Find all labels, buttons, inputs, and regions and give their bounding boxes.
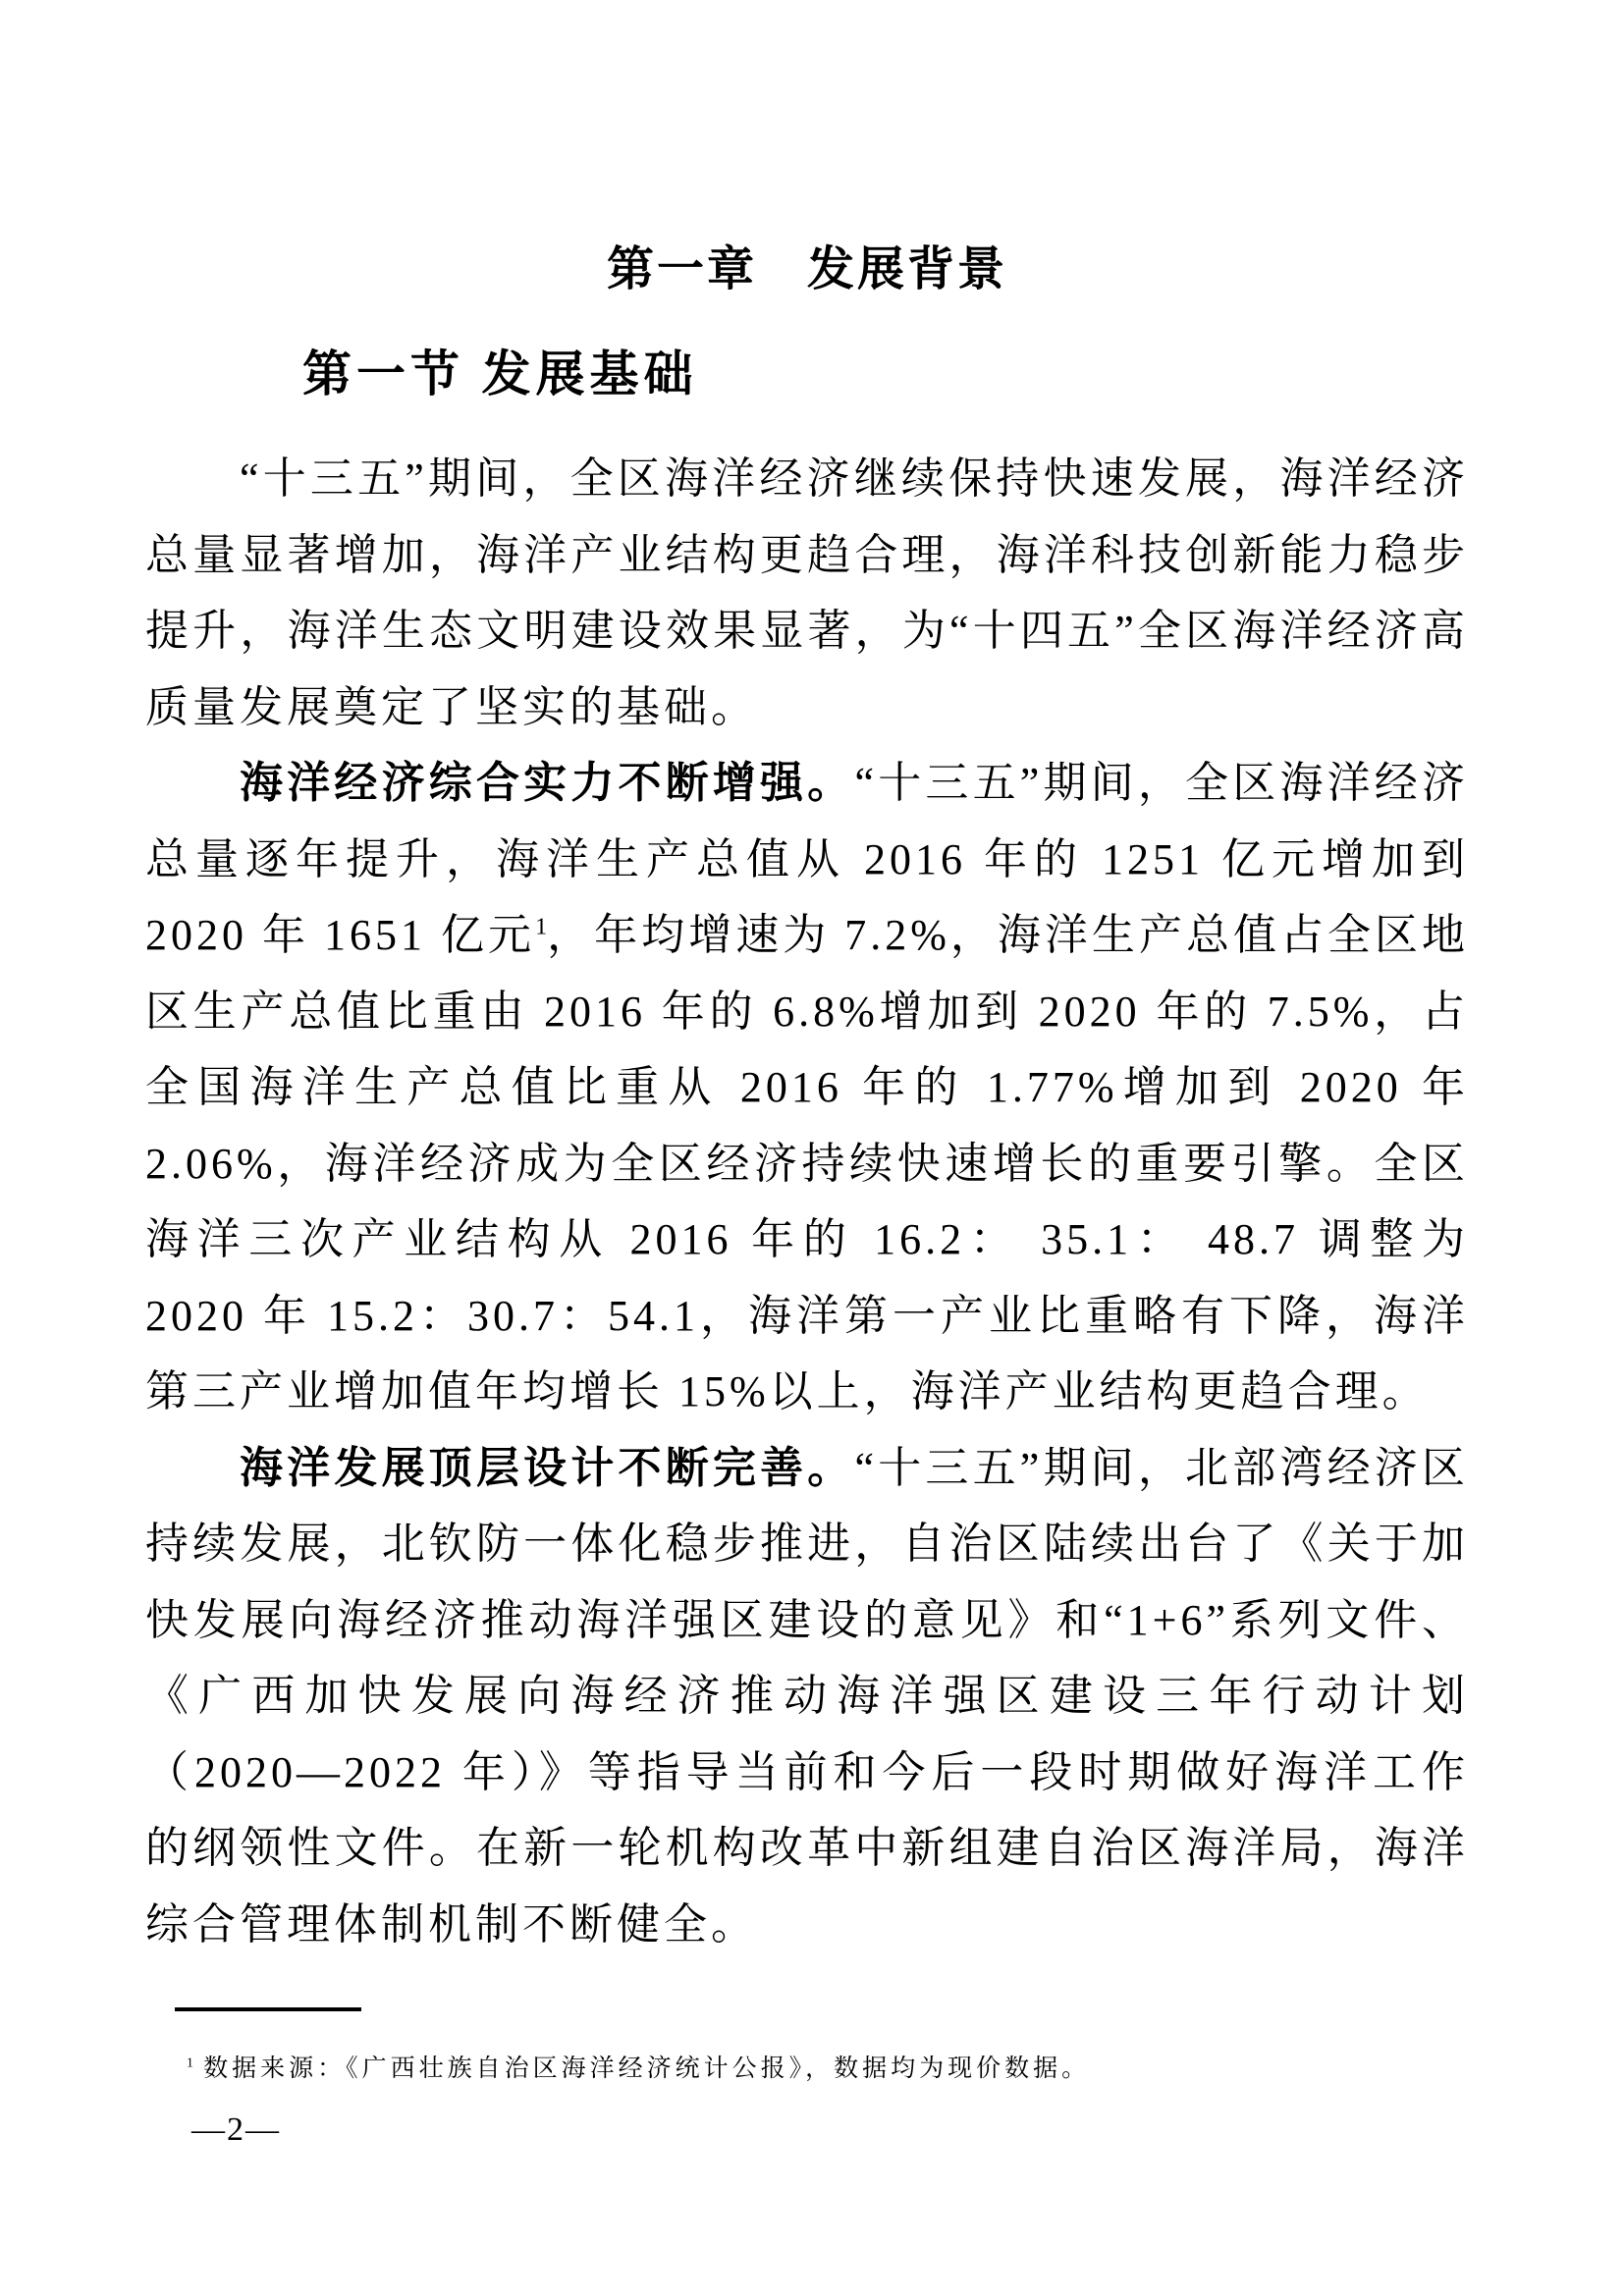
page-number: —2—	[191, 2109, 281, 2152]
paragraph-development-overview: “十三五”期间，全区海洋经济继续保持快速发展，海洋经济总量显著增加，海洋产业结构…	[145, 441, 1469, 745]
section-title: 第一节 发展基础	[302, 347, 1469, 401]
body-text: “十三五”期间，全区海洋经济继续保持快速发展，海洋经济总量显著增加，海洋产业结构…	[145, 441, 1469, 1962]
document-page: 第一章 发展背景 第一节 发展基础 “十三五”期间，全区海洋经济继续保持快速发展…	[0, 0, 1624, 2296]
footnote-divider	[175, 2007, 361, 2011]
paragraph-economic-strength: 海洋经济综合实力不断增强。“十三五”期间，全区海洋经济总量逐年提升，海洋生产总值…	[145, 745, 1469, 1430]
paragraph-top-level-design: 海洋发展顶层设计不断完善。“十三五”期间，北部湾经济区持续发展，北钦防一体化稳步…	[145, 1430, 1469, 1963]
footnote-data-source: 1 数据来源：《广西壮族自治区海洋经济统计公报》，数据均为现价数据。	[187, 2052, 1483, 2087]
page-content: 第一章 发展背景 第一节 发展基础 “十三五”期间，全区海洋经济继续保持快速发展…	[145, 0, 1469, 1962]
chapter-title: 第一章 发展背景	[145, 240, 1469, 299]
